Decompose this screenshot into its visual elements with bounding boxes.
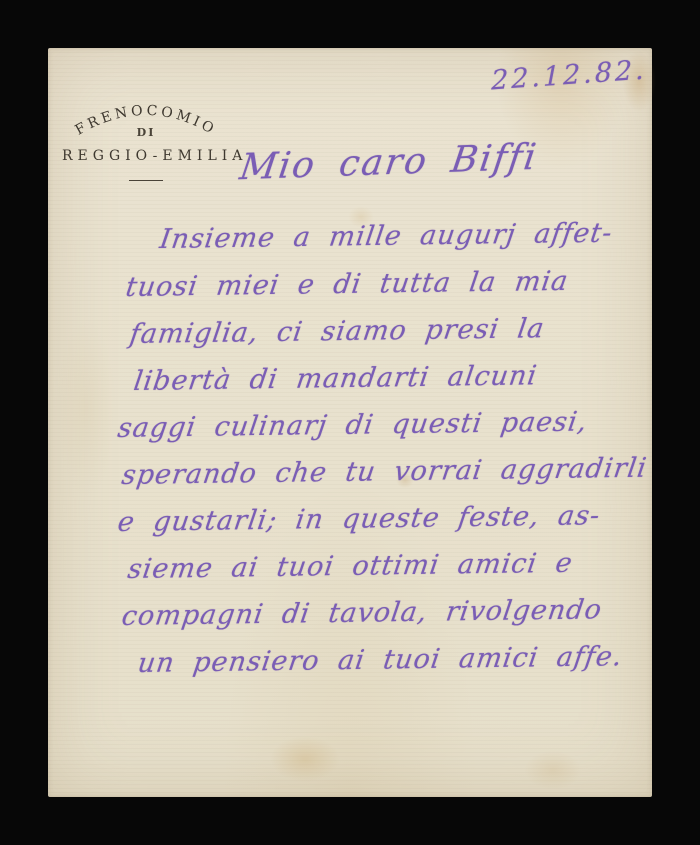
body-line: saggi culinarj di questi paesi, [116,406,590,444]
body-line: famiglia, ci siamo presi la [128,313,547,350]
salutation: Mio caro Biffi [237,137,540,189]
body-line: sieme ai tuoi ottimi amici e [126,548,575,585]
letter-paper: FRENOCOMIO DI REGGIO-EMILIA 22.12.82. Mi… [48,48,652,797]
body-line: un pensiero ai tuoi amici affe. [136,641,625,679]
scanned-letter-photo: { "letterhead": { "institution": "FRENOC… [0,0,700,845]
body-line: Insieme a mille augurj affet- [158,218,615,255]
body-line: tuosi miei e di tutta la mia [124,266,571,303]
body-line: libertà di mandarti alcuni [132,360,540,397]
body-line: sperando che tu vorrai aggradirli [120,453,649,491]
body-line: e gustarli; in queste feste, as- [116,500,603,538]
body-line: compagni di tavola, rivolgendo [120,594,604,632]
letter-body: Mio caro Biffi Insieme a mille augurj af… [48,48,652,797]
